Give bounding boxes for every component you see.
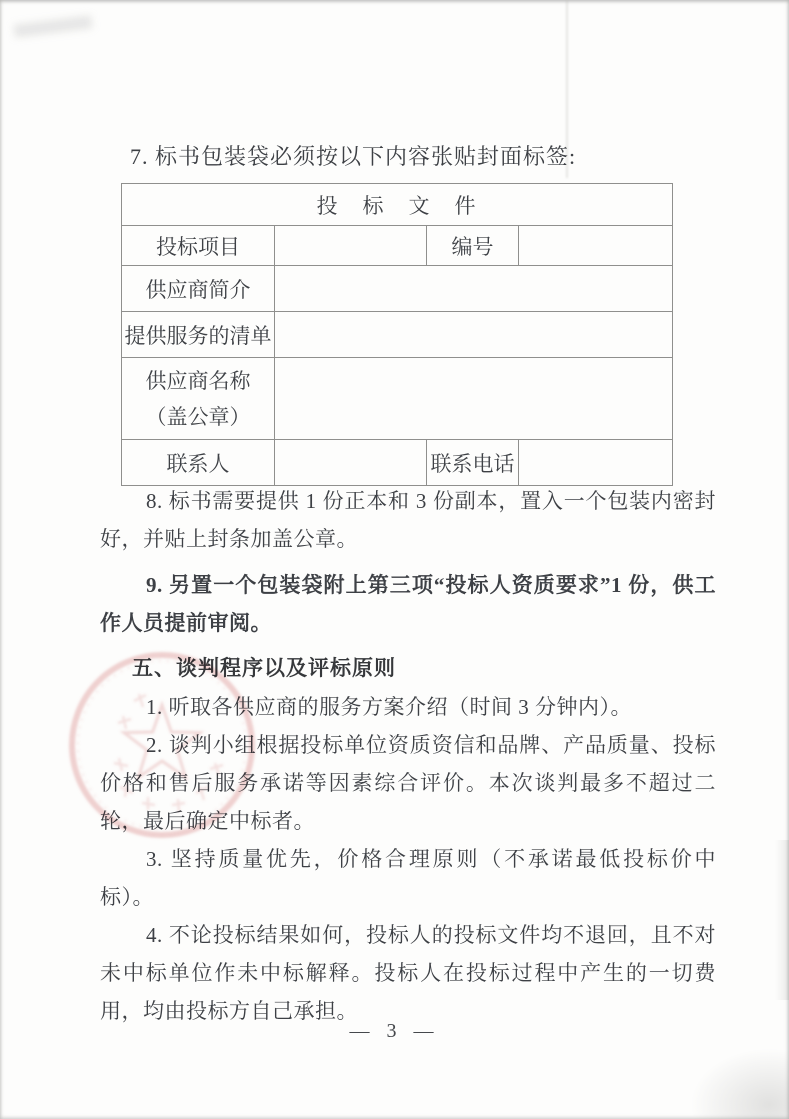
value-contact-phone-blank [519, 440, 673, 486]
bid-cover-label-table: 投 标 文 件 投标项目 编号 供应商简介 提供服务的清单 供应商名称 （盖公章… [121, 183, 673, 486]
label-bid-project: 投标项目 [122, 226, 275, 266]
item-7-heading: 7. 标书包装袋必须按以下内容张贴封面标签: [100, 142, 720, 172]
section5-item-2: 2. 谈判小组根据投标单位资质资信和品牌、产品质量、投标价格和售后服务承诺等因素… [100, 726, 716, 840]
value-number-blank [519, 226, 673, 266]
section5-item-1: 1. 听取各供应商的服务方案介绍（时间 3 分钟内）。 [100, 688, 716, 726]
label-supplier-name: 供应商名称 [122, 363, 274, 399]
value-supplier-profile-blank [275, 266, 673, 312]
value-bid-project-blank [275, 226, 427, 266]
label-number: 编号 [427, 226, 519, 266]
label-official-seal-note: （盖公章） [122, 399, 274, 435]
document-page: 7. 标书包装袋必须按以下内容张贴封面标签: 投 标 文 件 投标项目 编号 供… [0, 0, 789, 1119]
paragraph-item-8: 8. 标书需要提供 1 份正本和 3 份副本，置入一个包装内密封好，并贴上封条加… [100, 482, 716, 558]
scan-shadow-corner [690, 1048, 789, 1119]
value-contact-person-blank [275, 440, 427, 486]
value-supplier-name-blank [275, 358, 673, 440]
label-service-list: 提供服务的清单 [122, 312, 275, 358]
paragraph-item-9: 9. 另置一个包装袋附上第三项“投标人资质要求”1 份，供工作人员提前审阅。 [100, 566, 716, 642]
label-supplier-profile: 供应商简介 [122, 266, 275, 312]
section5-item-4: 4. 不论投标结果如何，投标人的投标文件均不退回，且不对未中标单位作未中标解释。… [100, 916, 716, 1030]
label-contact-phone: 联系电话 [427, 440, 519, 486]
table-title-bid-documents: 投 标 文 件 [122, 184, 673, 226]
label-contact-person: 联系人 [122, 440, 275, 486]
body-text-block: 8. 标书需要提供 1 份正本和 3 份副本，置入一个包装内密封好，并贴上封条加… [100, 482, 716, 1030]
page-number: — 3 — [0, 1020, 789, 1043]
section5-item-3: 3. 坚持质量优先，价格合理原则（不承诺最低投标价中标）。 [100, 840, 716, 916]
scan-shadow-edge [775, 840, 789, 1000]
section-5-heading: 五、谈判程序以及评标原则 [100, 650, 716, 688]
value-service-list-blank [275, 312, 673, 358]
label-supplier-name-seal: 供应商名称 （盖公章） [122, 358, 275, 440]
scan-smudge [13, 15, 92, 37]
